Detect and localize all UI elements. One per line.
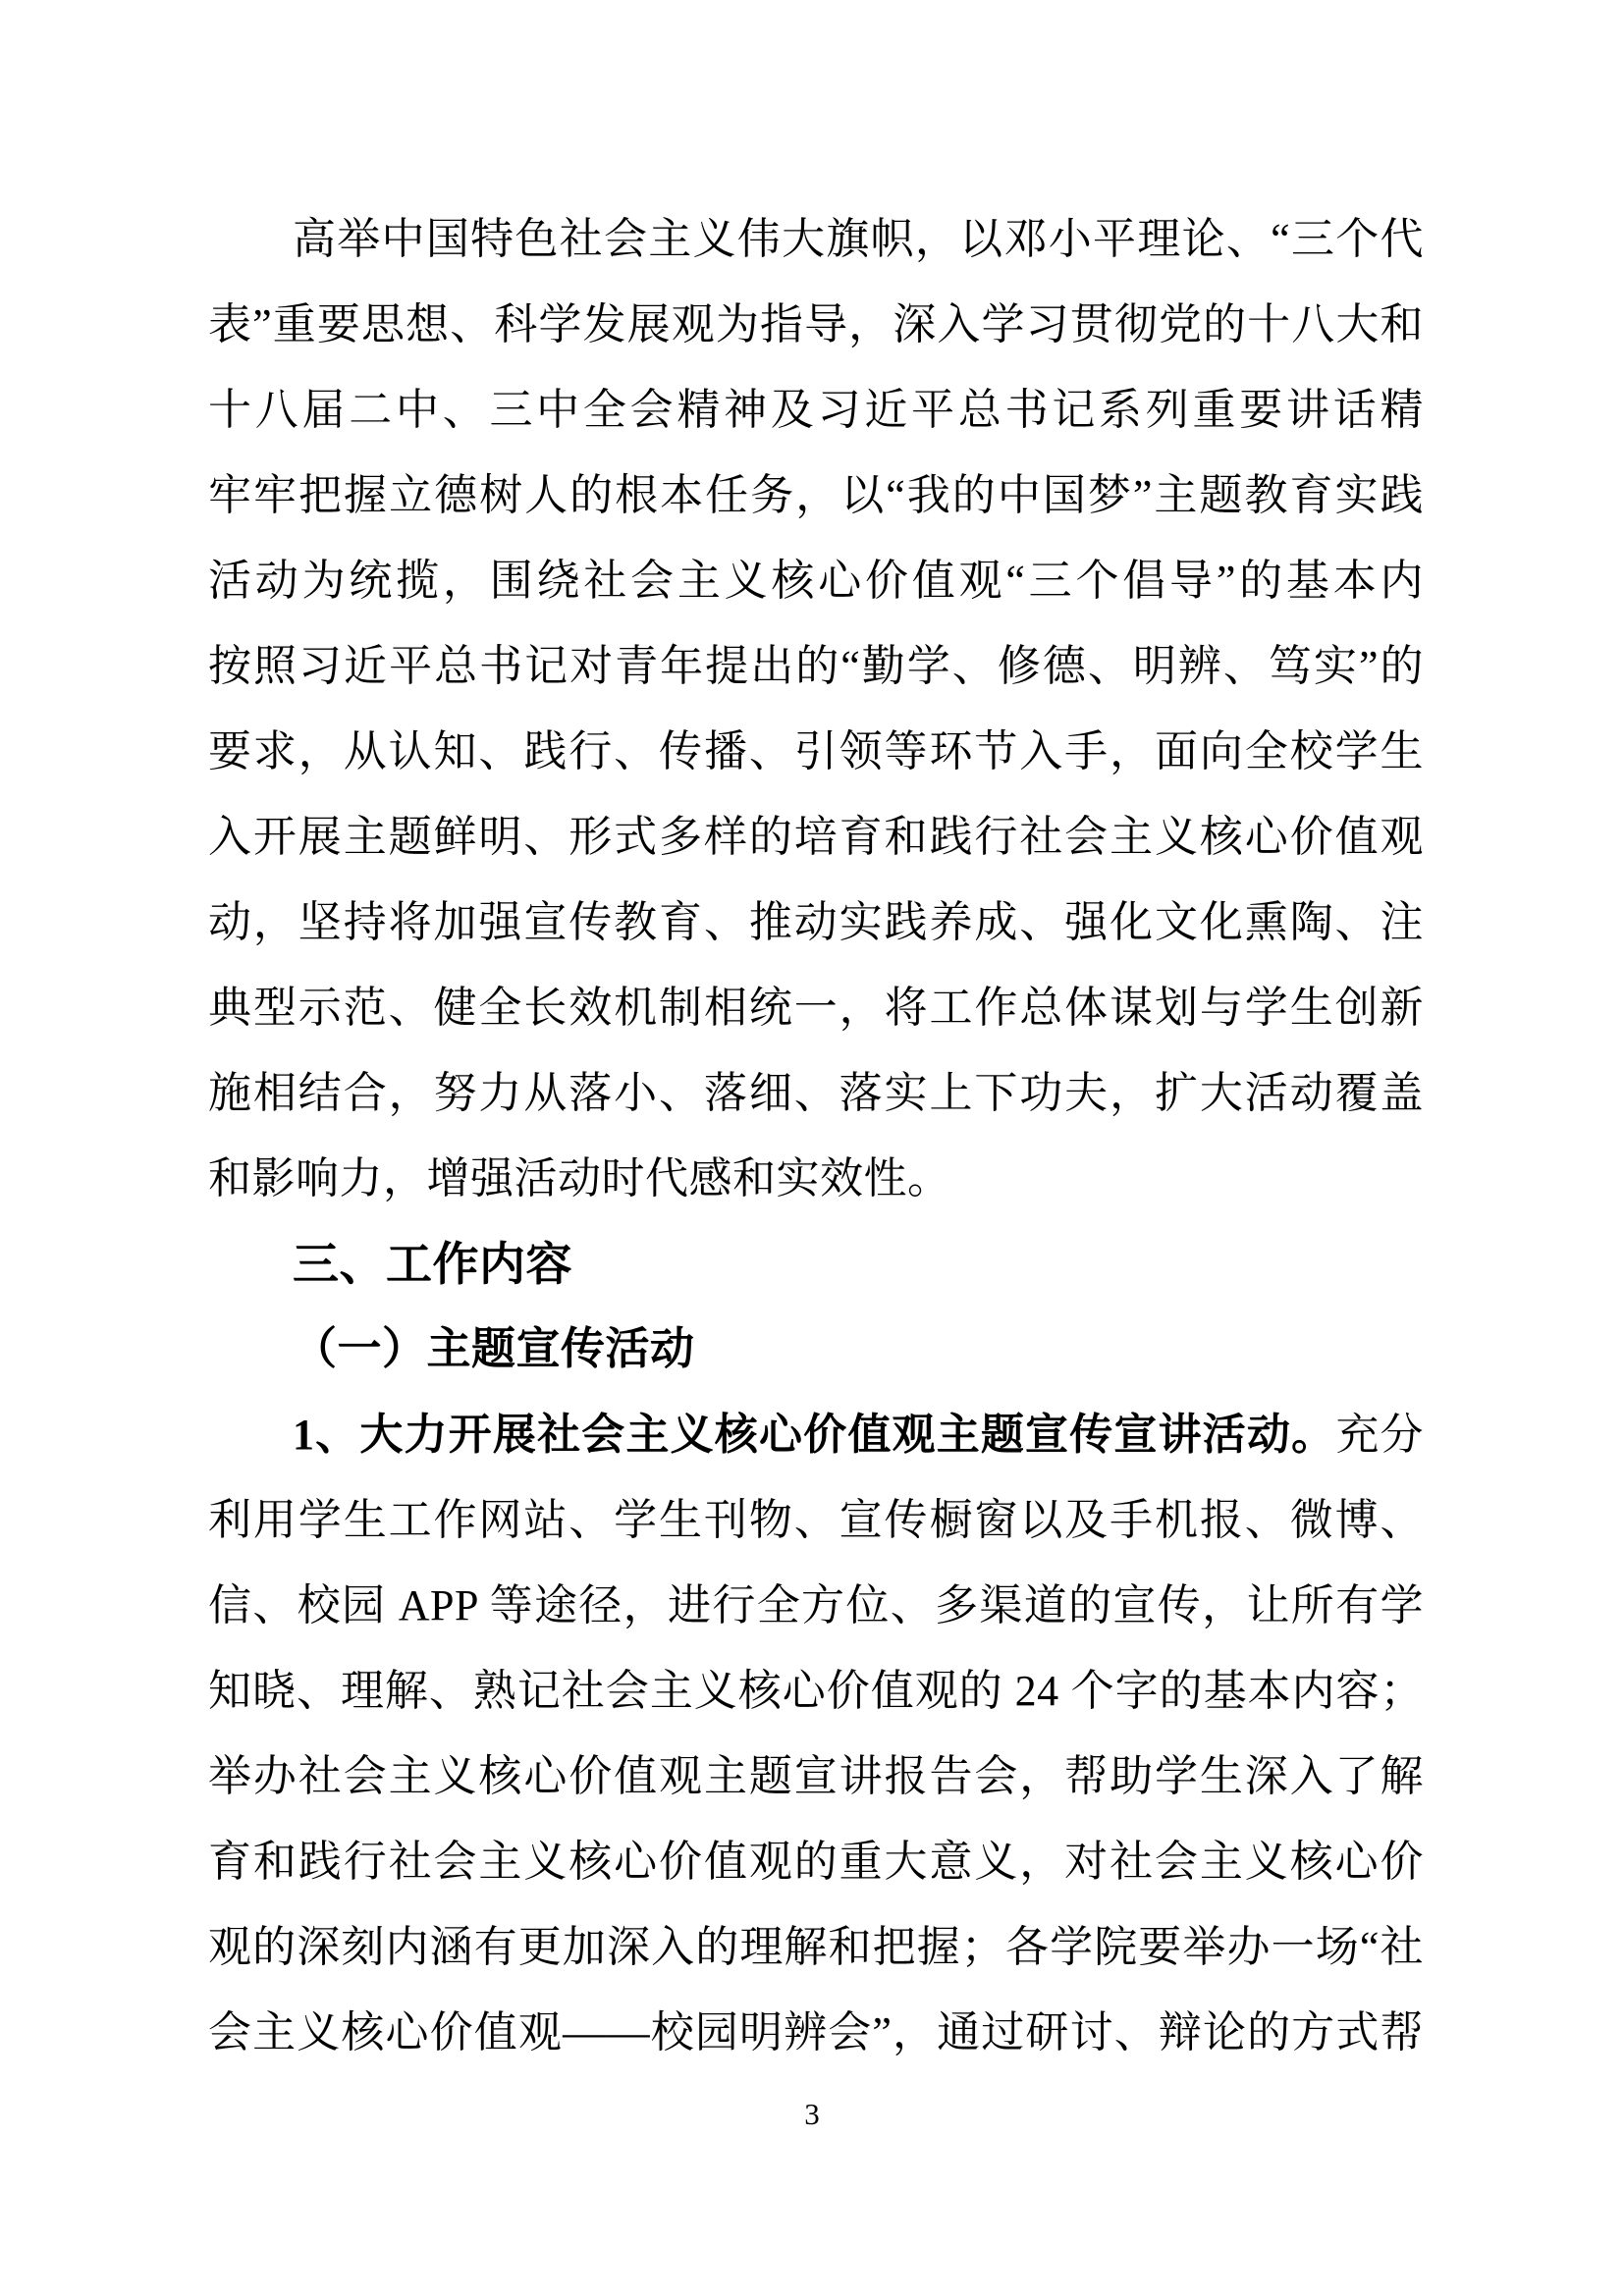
document-page: 高举中国特色社会主义伟大旗帜，以邓小平理论、“三个代表”重要思想、科学发展观为指… xyxy=(0,0,1624,2296)
text-line: 高举中国特色社会主义伟大旗帜，以邓小平理论、“三个代 xyxy=(208,196,1424,282)
text-line: 观的深刻内涵有更加深入的理解和把握；各学院要举办一场“社 xyxy=(208,1904,1424,1990)
text-segment: 牢牢把握立德树人的根本任务，以“我的中国梦”主题教育实践 xyxy=(208,471,1424,519)
text-line: 施相结合，努力从落小、落细、落实上下功夫，扩大活动覆盖面 xyxy=(208,1050,1424,1136)
text-segment: 举办社会主义核心价值观主题宣讲报告会，帮助学生深入了解培 xyxy=(208,1752,1424,1819)
text-segment: 十八届二中、三中全会精神及习近平总书记系列重要讲话精神， xyxy=(208,386,1424,453)
text-line: 会主义核心价值观——校园明辨会”，通过研讨、辩论的方式帮 xyxy=(208,1990,1424,2075)
text-segment: 信、校园 APP 等途径，进行全方位、多渠道的宣传，让所有学生 xyxy=(208,1581,1424,1648)
text-segment: 育和践行社会主义核心价值观的重大意义，对社会主义核心价值 xyxy=(208,1838,1424,1904)
text-segment: 三、工作内容 xyxy=(293,1238,572,1290)
text-line: 表”重要思想、科学发展观为指导，深入学习贯彻党的十八大和 xyxy=(208,282,1424,367)
sub-heading-line: （一）主题宣传活动 xyxy=(208,1307,1424,1392)
text-segment: 利用学生工作网站、学生刊物、宣传橱窗以及手机报、微博、微 xyxy=(208,1496,1424,1563)
page-number: 3 xyxy=(0,2097,1624,2132)
text-line: 活动为统揽，围绕社会主义核心价值观“三个倡导”的基本内容， xyxy=(208,538,1424,623)
text-segment: 要求，从认知、践行、传播、引领等环节入手，面向全校学生深 xyxy=(208,727,1424,794)
text-segment: 高举中国特色社会主义伟大旗帜，以邓小平理论、“三个代 xyxy=(293,215,1424,263)
text-line: 育和践行社会主义核心价值观的重大意义，对社会主义核心价值 xyxy=(208,1819,1424,1904)
text-segment: 充分 xyxy=(1335,1411,1424,1459)
text-segment: 典型示范、健全长效机制相统一，将工作总体谋划与学生创新实 xyxy=(208,984,1424,1050)
text-segment: 按照习近平总书记对青年提出的“勤学、修德、明辨、笃实”的 xyxy=(208,642,1424,690)
document-lines: 高举中国特色社会主义伟大旗帜，以邓小平理论、“三个代表”重要思想、科学发展观为指… xyxy=(208,196,1424,2075)
text-line: 典型示范、健全长效机制相统一，将工作总体谋划与学生创新实 xyxy=(208,965,1424,1050)
text-segment: 观的深刻内涵有更加深入的理解和把握；各学院要举办一场“社 xyxy=(208,1923,1424,1971)
text-line: 信、校园 APP 等途径，进行全方位、多渠道的宣传，让所有学生 xyxy=(208,1563,1424,1648)
text-segment: （一）主题宣传活动 xyxy=(293,1324,695,1373)
text-segment: 动，坚持将加强宣传教育、推动实践养成、强化文化熏陶、注重 xyxy=(208,898,1424,965)
text-segment: 知晓、理解、熟记社会主义核心价值观的 24 个字的基本内容； xyxy=(208,1667,1424,1715)
text-line: 1、大力开展社会主义核心价值观主题宣传宣讲活动。充分 xyxy=(208,1392,1424,1477)
text-segment: 入开展主题鲜明、形式多样的培育和践行社会主义核心价值观活 xyxy=(208,813,1424,880)
text-segment: 和影响力，增强活动时代感和实效性。 xyxy=(208,1154,951,1202)
text-line: 动，坚持将加强宣传教育、推动实践养成、强化文化熏陶、注重 xyxy=(208,880,1424,965)
text-line: 入开展主题鲜明、形式多样的培育和践行社会主义核心价值观活 xyxy=(208,794,1424,880)
text-line: 和影响力，增强活动时代感和实效性。 xyxy=(208,1136,1424,1221)
text-line: 牢牢把握立德树人的根本任务，以“我的中国梦”主题教育实践 xyxy=(208,453,1424,538)
text-line: 要求，从认知、践行、传播、引领等环节入手，面向全校学生深 xyxy=(208,709,1424,794)
text-segment: 活动为统揽，围绕社会主义核心价值观“三个倡导”的基本内容， xyxy=(208,557,1424,623)
text-segment: 施相结合，努力从落小、落细、落实上下功夫，扩大活动覆盖面 xyxy=(208,1069,1424,1136)
text-line: 按照习近平总书记对青年提出的“勤学、修德、明辨、笃实”的 xyxy=(208,623,1424,709)
text-segment: 表”重要思想、科学发展观为指导，深入学习贯彻党的十八大和 xyxy=(208,300,1424,348)
text-line: 十八届二中、三中全会精神及习近平总书记系列重要讲话精神， xyxy=(208,367,1424,453)
text-segment: 会主义核心价值观——校园明辨会”，通过研讨、辩论的方式帮 xyxy=(208,2008,1424,2056)
text-line: 利用学生工作网站、学生刊物、宣传橱窗以及手机报、微博、微 xyxy=(208,1477,1424,1563)
text-segment: 1、大力开展社会主义核心价值观主题宣传宣讲活动。 xyxy=(293,1411,1335,1459)
text-line: 知晓、理解、熟记社会主义核心价值观的 24 个字的基本内容； xyxy=(208,1648,1424,1734)
section-heading-line: 三、工作内容 xyxy=(208,1221,1424,1307)
text-line: 举办社会主义核心价值观主题宣讲报告会，帮助学生深入了解培 xyxy=(208,1734,1424,1819)
